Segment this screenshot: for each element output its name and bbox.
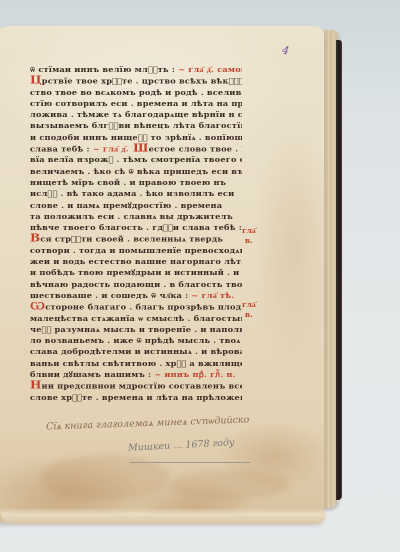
line-text: малецѣства стѧжанїа ѡ смыслѣ . благостын… [30,313,242,322]
text-line: шествоваше . и сошедъ ѿ чл҃ка : ~ гла҃ т… [30,290,242,300]
margin-rubric-note: гла҃в. [242,300,256,320]
line-text: ство твое во всѧкомъ родѣ и родѣ . всели… [30,87,242,96]
text-line: Вся стрⷭ҇ти своей . вселенныѧ твердь [30,234,242,244]
text-line: ѿ стїмаи иннъ велїю млⷭ҇ть : ~ гла҃ д҃. … [30,64,242,74]
text-line: вѣчнаю радость подающи . в благость твою [30,279,242,289]
line-text: и побѣдъ твою премꙋдрыи и истинный . и т… [30,268,242,277]
text-line: и побѣдъ твою премꙋдрыи и истинный . и т… [30,268,242,278]
text-line: пѣвче твоего благость . гдⷭ҇и слава тебѣ… [30,223,242,233]
line-text: слава добродѣтелми и истинныѧ . и вѣрова… [30,347,242,356]
line-text: стороне благаго . благъ прозрѣвъ плода .… [45,303,242,312]
text-line: слава тебѣ : ~ гла҃ д҃. Шестое слово тво… [30,144,242,154]
line-text: ислⷣꙋ . вѣ тако адама . ѣко изволилъ еси [30,189,234,198]
line-text: нищетѣ мїръ свой . и правою твоею нъ [30,177,226,186]
line-text: ваньи свѣтлы свѣтитвою . хрⷭ҇ а вжилище [30,358,242,367]
line-text: чеⷭ҇ разумнаѧ мысль и творенїе . и напол… [30,324,242,333]
text-line: малецѣства стѧжанїа ѡ смыслѣ . благостын… [30,313,242,323]
text-line: та положилъ еси . славнѧ вы дръжителъ [30,211,242,221]
text-line: стїю сотворилъ еси . времена и лѣта на п… [30,98,242,108]
manuscript-photo: 4 ѿ стїмаи иннъ велїю млⷭ҇ть : ~ гла҃ д҃… [0,0,400,552]
line-text: сотвори . тогда и помышленїе превосходѧщ… [30,245,242,254]
text-line: вїа велїа нзрожⷣ . тѣмъ смотренїа твоего… [30,155,242,165]
margin-rubric-note: гла҃в. [242,226,256,246]
line-text: слове . и памѧ премꙋдростїю . времена [30,200,222,209]
line-text: и сподоби иннъ нищеⷭ҇ то зрѣнїѧ . вопїющ… [30,132,242,141]
text-line: величаемъ . ѣко сѣ ѿ вѣка пришедъ еси въ [30,166,242,176]
text-line: Црствїе твое хрⷭ҇те . црство всѣхъ вѣкѡⷡ… [30,76,242,86]
manuscript-text-block: ѿ стїмаи иннъ велїю млⷭ҇ть : ~ гла҃ д҃. … [30,64,242,403]
red-initial: Н [30,381,42,391]
line-text: та положилъ еси . славнѧ вы дръжителъ [30,211,233,220]
line-text: слове хрⷭ҇те . времена и лѣта на прѣложе… [30,392,242,401]
line-text: шествоваше . и сошедъ ѿ чл҃ка : [30,290,188,299]
rubric: ~ гла҃ д҃. [90,144,129,153]
text-line: блвии дꙋшамъ нашимъ : ~ иннъ прⷣ. глⷭ҇. … [30,369,242,379]
page-bottom-edge [0,508,326,524]
line-text: естое слово твое . шест [149,144,242,153]
red-initial: Ш [129,144,149,154]
red-initial: Ѿ [30,302,45,312]
line-text: ложива . тѣмже тѧ благодарѧще вѣрнїи н с… [30,110,242,119]
line-text: ло возваньемъ . иже ѿ прѣдѣ мысль . твоѧ [30,336,241,345]
text-line: слове хрⷭ҇те . времена и лѣта на прѣложе… [30,392,242,402]
text-line: чеⷭ҇ разумнаѧ мысль и творенїе . и напол… [30,324,242,334]
text-line: Ѿстороне благаго . благъ прозрѣвъ плода … [30,302,242,312]
line-text: вызываемъ блгⷭ҇ви вѣнецъ лѣта благостїю … [30,121,242,130]
text-line: жеи и водь естество вашие нагорнаго лѣта… [30,256,242,266]
text-line: ло возваньемъ . иже ѿ прѣдѣ мысль . твоѧ [30,336,242,346]
book-binding [336,40,342,500]
line-text: стїю сотворилъ еси . времена и лѣта на п… [30,98,242,107]
line-text: ся стрⷭ҇ти своей . вселенныѧ твердь [40,235,223,244]
annotation-underline [130,462,250,463]
text-line: ство твое во всѧкомъ родѣ и родѣ . всели… [30,87,242,97]
line-text: пѣвче твоего благость . гдⷭ҇и слава тебѣ… [30,223,242,232]
line-text: вѣчнаю радость подающи . в благость твою [30,279,242,288]
text-line: слове . и памѧ премꙋдростїю . времена [30,200,242,210]
line-text: ѿ стїмаи иннъ велїю млⷭ҇ть : [30,64,175,73]
line-text: вїа велїа нзрожⷣ . тѣмъ смотренїа твоего… [30,155,242,164]
text-line: ваньи свѣтлы свѣтитвою . хрⷭ҇ а вжилище [30,358,242,368]
red-initial: В [30,234,40,244]
text-line: ислⷣꙋ . вѣ тако адама . ѣко изволилъ еси [30,189,242,199]
text-line: сотвори . тогда и помышленїе превосходѧщ… [30,245,242,255]
line-text: жеи и водь естество вашие нагорнаго лѣта… [30,256,242,265]
rubric: ~ иннъ прⷣ. глⷭ҇. н. [151,369,235,378]
rubric: ~ гла҃ д҃. самогл. [175,64,242,73]
text-line: слава добродѣтелми и истинныѧ . и вѣрова… [30,347,242,357]
line-text: блвии дꙋшамъ нашимъ : [30,369,151,378]
text-line: и сподоби иннъ нищеⷭ҇ то зрѣнїѧ . вопїющ… [30,132,242,142]
line-text: ии предспвнои мдростїю составленъ вселен… [42,382,242,391]
line-text: величаемъ . ѣко сѣ ѿ вѣка пришедъ еси въ [30,166,242,175]
text-line: нищетѣ мїръ свой . и правою твоею нъ [30,177,242,187]
line-text: слава тебѣ : [30,144,90,153]
text-line: вызываемъ блгⷭ҇ви вѣнецъ лѣта благостїю … [30,121,242,131]
text-line: ложива . тѣмже тѧ благодарѧще вѣрнїи н с… [30,110,242,120]
red-initial: Ц [30,76,42,86]
line-text: рствїе твое хрⷭ҇те . црство всѣхъ вѣкѡⷡ҇… [42,77,242,86]
rubric: ~ гла҃ тѣ. [188,290,234,299]
water-stain [170,470,290,500]
text-line: Нии предспвнои мдростїю составленъ вселе… [30,381,242,391]
